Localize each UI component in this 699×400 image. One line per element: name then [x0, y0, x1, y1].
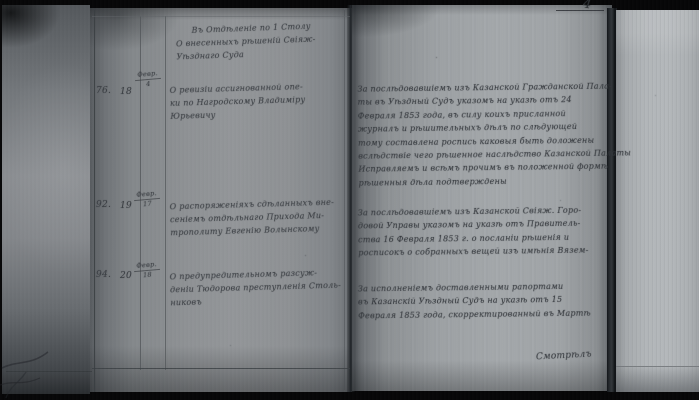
entry-number: 94.: [96, 270, 111, 280]
entry-subject: О ревизiи ассигнованной опе- ки по Нагро…: [169, 80, 305, 123]
archive-photo: 4 Въ Отдѣленiе по 1 Столу О внесенныхъ р…: [0, 0, 699, 400]
entry-date: Февр. 4: [134, 69, 161, 89]
ruled-line-col2: [165, 16, 166, 370]
resolution-block: За исполненiемъ доставленными рапортами …: [358, 280, 591, 323]
branch-shadow: [0, 290, 95, 400]
entry-subject: О предупредительномъ разсуж- денiи Тюдор…: [169, 266, 341, 310]
page-edge-strip: [616, 10, 699, 392]
entry-date: Февр. 18: [133, 260, 160, 280]
ledger-header: Въ Отдѣленiе по 1 Столу О внесенныхъ рѣш…: [175, 20, 316, 64]
entry-ordinal: 18: [120, 87, 132, 97]
entry-number: 92.: [96, 200, 111, 210]
folio-number: 4: [582, 0, 593, 13]
right-page: [352, 5, 612, 391]
entry-date: Февр. 17: [133, 189, 160, 209]
folio-flourish-line: [556, 10, 604, 11]
entry-ordinal: 19: [120, 201, 132, 211]
resolution-line: росписокъ о собранныхъ вещей изъ имѣнiя …: [358, 244, 589, 260]
ruled-line-top: [92, 16, 350, 17]
resolution-line: Февраля 1853 года, скорректированный въ …: [358, 306, 591, 322]
resolution-block: За послѣдовавшiемъ изъ Казанской Граждан…: [357, 79, 631, 190]
ruled-line-bottom: [92, 368, 350, 369]
entry-number: 76.: [96, 86, 111, 96]
resolution-block: За послѣдовавшiемъ изъ Казанской Свiяж. …: [358, 204, 589, 260]
entry-ordinal: 20: [120, 271, 132, 281]
paper-specks: [0, 0, 1, 1]
ruled-line-bottom-ext: [6, 371, 92, 372]
ruled-line-margin: [94, 10, 95, 392]
edge-strip-line: [616, 366, 699, 367]
ruled-line-left-page-edge: [344, 10, 345, 390]
entry-subject: О распоряженiяхъ сдѣланныхъ вне- сенiемъ…: [169, 196, 335, 240]
